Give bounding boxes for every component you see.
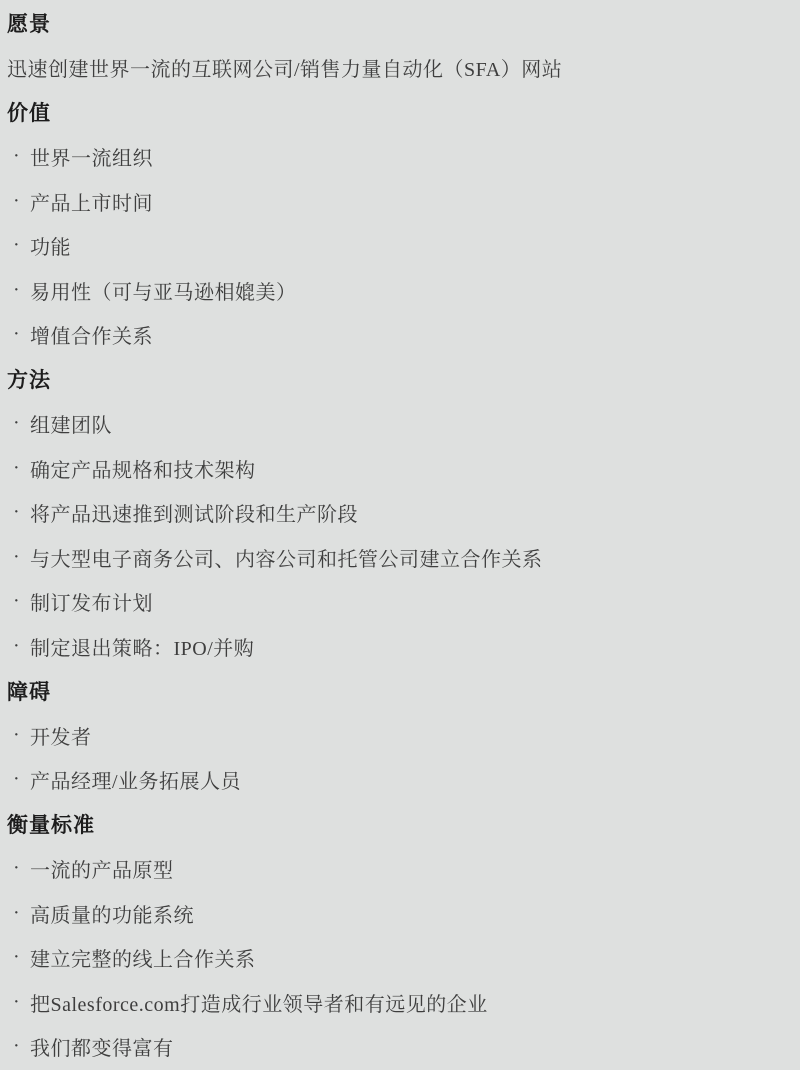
list-item-text: 将产品迅速推到测试阶段和生产阶段	[30, 498, 358, 527]
list-item-text: 世界一流组织	[30, 142, 153, 171]
section-metrics-heading-row: 衡量标准	[0, 802, 800, 847]
bullet-dot: ·	[13, 902, 30, 925]
section-heading-value: 价值	[0, 97, 51, 127]
section-vision-heading-row: 愿景	[0, 1, 800, 46]
list-item: · 我们都变得富有	[0, 1025, 800, 1070]
list-item-text: 与大型电子商务公司、内容公司和托管公司建立合作关系	[30, 543, 543, 572]
list-item-text: 功能	[30, 231, 71, 260]
list-item: · 将产品迅速推到测试阶段和生产阶段	[0, 491, 800, 536]
bullet-dot: ·	[13, 768, 30, 791]
bullet-dot: ·	[13, 279, 30, 302]
list-item: · 世界一流组织	[0, 135, 800, 180]
list-item: · 一流的产品原型	[0, 847, 800, 892]
section-heading-vision: 愿景	[0, 8, 51, 38]
section-heading-obstacles: 障碍	[0, 676, 51, 706]
section-method-heading-row: 方法	[0, 357, 800, 402]
section-heading-metrics: 衡量标准	[0, 809, 95, 839]
vision-statement: 迅速创建世界一流的互联网公司/销售力量自动化（SFA）网站	[0, 53, 562, 82]
bullet-dot: ·	[13, 590, 30, 613]
list-item: · 把Salesforce.com打造成行业领导者和有远见的企业	[0, 980, 800, 1025]
bullet-dot: ·	[13, 457, 30, 480]
list-item-text: 增值合作关系	[30, 320, 153, 349]
list-item: · 产品上市时间	[0, 179, 800, 224]
bullet-dot: ·	[13, 1035, 30, 1058]
list-item-text: 我们都变得富有	[30, 1032, 174, 1061]
list-item-text: 制定退出策略：IPO/并购	[30, 632, 254, 661]
bullet-dot: ·	[13, 145, 30, 168]
bullet-dot: ·	[13, 501, 30, 524]
section-heading-method: 方法	[0, 364, 51, 394]
list-item-text: 确定产品规格和技术架构	[30, 454, 256, 483]
list-item: · 建立完整的线上合作关系	[0, 936, 800, 981]
list-item-text: 产品经理/业务拓展人员	[30, 765, 241, 794]
bullet-dot: ·	[13, 946, 30, 969]
list-item-text: 建立完整的线上合作关系	[30, 943, 256, 972]
document-page: 愿景 迅速创建世界一流的互联网公司/销售力量自动化（SFA）网站 价值 · 世界…	[0, 0, 800, 1070]
list-item-text: 一流的产品原型	[30, 854, 174, 883]
list-item: · 制订发布计划	[0, 580, 800, 625]
list-item-text: 制订发布计划	[30, 587, 153, 616]
list-item: · 易用性（可与亚马逊相媲美）	[0, 268, 800, 313]
list-item: · 制定退出策略：IPO/并购	[0, 624, 800, 669]
list-item-text: 组建团队	[30, 409, 112, 438]
bullet-dot: ·	[13, 546, 30, 569]
bullet-dot: ·	[13, 190, 30, 213]
bullet-dot: ·	[13, 635, 30, 658]
list-item: · 组建团队	[0, 402, 800, 447]
bullet-dot: ·	[13, 857, 30, 880]
list-item-text: 高质量的功能系统	[30, 899, 194, 928]
vision-paragraph-row: 迅速创建世界一流的互联网公司/销售力量自动化（SFA）网站	[0, 46, 800, 91]
bullet-dot: ·	[13, 724, 30, 747]
section-obstacles-heading-row: 障碍	[0, 669, 800, 714]
list-item: · 产品经理/业务拓展人员	[0, 758, 800, 803]
section-value-heading-row: 价值	[0, 90, 800, 135]
list-item: · 与大型电子商务公司、内容公司和托管公司建立合作关系	[0, 535, 800, 580]
list-item: · 高质量的功能系统	[0, 891, 800, 936]
list-item-text: 产品上市时间	[30, 187, 153, 216]
bullet-dot: ·	[13, 412, 30, 435]
list-item-text: 开发者	[30, 721, 92, 750]
list-item-text: 易用性（可与亚马逊相媲美）	[30, 276, 297, 305]
list-item: · 功能	[0, 224, 800, 269]
bullet-dot: ·	[13, 323, 30, 346]
bullet-dot: ·	[13, 234, 30, 257]
list-item-text: 把Salesforce.com打造成行业领导者和有远见的企业	[30, 988, 488, 1017]
list-item: · 开发者	[0, 713, 800, 758]
bullet-dot: ·	[13, 991, 30, 1014]
list-item: · 增值合作关系	[0, 313, 800, 358]
list-item: · 确定产品规格和技术架构	[0, 446, 800, 491]
